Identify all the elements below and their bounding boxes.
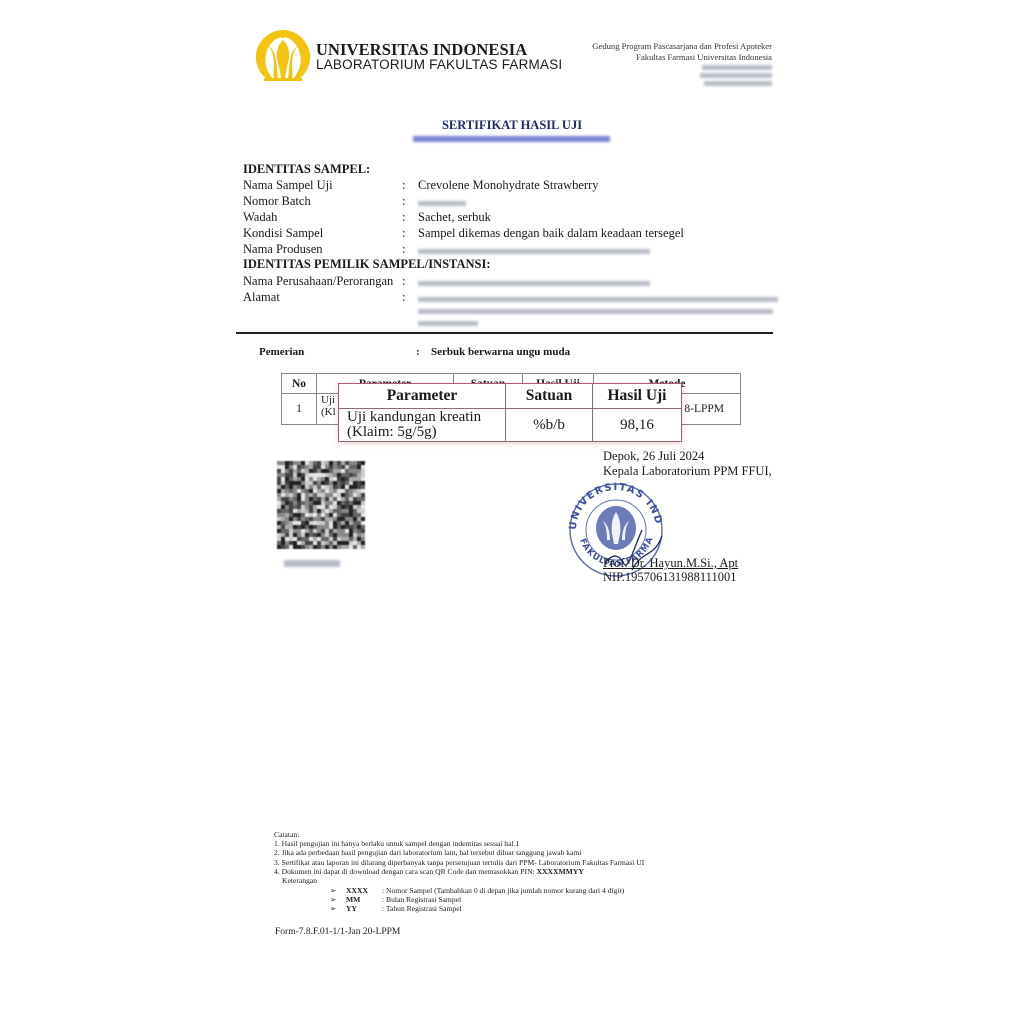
batch-number-label: Nomor Batch [243, 194, 311, 209]
note-item-4-text: 4. Dokumen ini dapat di download dengan … [274, 867, 537, 876]
colon: : [402, 226, 405, 241]
signer-title: Kepala Laboratorium PPM FFUI, [603, 464, 772, 479]
pemerian-value: Serbuk berwarna ungu muda [431, 346, 570, 358]
note-item-2: 2. Jika ada perbedaan hasil pengujian da… [274, 848, 644, 857]
address-redacted-2 [700, 73, 772, 78]
form-code: Form-7.8.F.01-1/1-Jan 20-LPPM [275, 927, 400, 937]
sample-condition-label: Kondisi Sampel [243, 226, 323, 241]
cell-no: 1 [282, 394, 317, 425]
producer-redacted [418, 249, 650, 254]
highlighted-result-overlay: Parameter Satuan Hasil Uji Uji kandungan… [338, 383, 682, 442]
overlay-header-parameter: Parameter [339, 384, 506, 409]
qr-code-icon [277, 461, 365, 549]
colon: : [402, 178, 405, 193]
table-row: Uji kandungan kreatin (Klaim: 5g/5g) %b/… [339, 409, 681, 442]
keterangan-key: MM [346, 895, 382, 904]
keterangan-key: YY [346, 904, 382, 913]
overlay-cell-hasil-uji: 98,16 [593, 409, 682, 442]
keterangan-list: ➢XXXX: Nomor Sampel (Tambahkan 0 di depa… [330, 886, 624, 914]
colon: : [402, 274, 405, 289]
overlay-header-satuan: Satuan [506, 384, 593, 409]
certificate-number-redacted [413, 136, 610, 142]
note-item-4: 4. Dokumen ini dapat di download dengan … [274, 867, 644, 876]
keterangan-desc: : Tahun Registrasi Sampel [382, 904, 462, 913]
address-label: Alamat [243, 290, 280, 305]
address-redacted-line-2 [418, 309, 773, 314]
sample-identity-heading: IDENTITAS SAMPEL: [243, 162, 370, 177]
notes-block: Catatan: 1. Hasil pengujian ini hanya be… [274, 830, 644, 885]
keterangan-item: ➢XXXX: Nomor Sampel (Tambahkan 0 di depa… [330, 886, 624, 895]
address-line-1: Gedung Program Pascasarjana dan Profesi … [592, 41, 772, 52]
owner-identity-heading: IDENTITAS PEMILIK SAMPEL/INSTANSI: [243, 257, 491, 272]
overlay-parameter-line-1: Uji kandungan kreatin [347, 409, 481, 425]
keterangan-item: ➢MM: Bulan Registrasi Sampel [330, 895, 624, 904]
section-divider [236, 332, 773, 334]
cell-parameter-line-2: (Kl [321, 406, 336, 418]
address-redacted-line-1 [418, 297, 778, 302]
sample-name-value: Crevolene Monohydrate Strawberry [418, 178, 599, 193]
keterangan-item: ➢YY: Tahun Registrasi Sampel [330, 904, 624, 913]
keterangan-key: XXXX [346, 886, 382, 895]
arrow-bullet-icon: ➢ [330, 886, 346, 895]
pemerian-label: Pemerian [259, 346, 304, 358]
keterangan-desc: : Bulan Registrasi Sampel [382, 895, 461, 904]
address-line-2: Fakultas Farmasi Universitas Indonesia [592, 52, 772, 63]
address-redacted-line-3 [418, 321, 478, 326]
certificate-title: SERTIFIKAT HASIL UJI [0, 118, 1024, 133]
sample-condition-value: Sampel dikemas dengan baik dalam keadaan… [418, 226, 684, 241]
highlighted-result-table: Parameter Satuan Hasil Uji Uji kandungan… [339, 384, 681, 441]
colon: : [402, 290, 405, 305]
laboratory-name: LABORATORIUM FAKULTAS FARMASI [316, 57, 562, 72]
overlay-header-hasil-uji: Hasil Uji [593, 384, 682, 409]
note-item-3: 3. Sertifikat atau laporan ini dilarang … [274, 858, 644, 867]
company-name-redacted [418, 281, 650, 286]
overlay-cell-parameter: Uji kandungan kreatin (Klaim: 5g/5g) [339, 409, 506, 442]
overlay-parameter-line-2: (Klaim: 5g/5g) [347, 424, 437, 440]
overlay-cell-satuan: %b/b [506, 409, 593, 442]
pin-format: XXXXMMYY [537, 867, 584, 876]
keterangan-label: Keterangan [274, 876, 644, 885]
container-value: Sachet, serbuk [418, 210, 491, 225]
sample-name-label: Nama Sampel Uji [243, 178, 333, 193]
address-redacted-3 [704, 81, 772, 86]
signer-name: Prof. Dr. Hayun.M.Si., Apt [603, 556, 738, 571]
university-logo-icon [252, 24, 314, 82]
arrow-bullet-icon: ➢ [330, 895, 346, 904]
address-redacted-1 [702, 65, 772, 70]
batch-number-redacted [418, 201, 466, 206]
keterangan-desc: : Nomor Sampel (Tambahkan 0 di depan jik… [382, 886, 624, 895]
colon: : [402, 242, 405, 257]
cell-parameter-line-1: Uji [321, 394, 335, 406]
colon: : [416, 346, 420, 358]
colon: : [402, 210, 405, 225]
company-name-label: Nama Perusahaan/Perorangan [243, 274, 393, 289]
note-item-1: 1. Hasil pengujian ini hanya berlaku unt… [274, 839, 644, 848]
header-no: No [282, 374, 317, 394]
notes-heading: Catatan: [274, 830, 644, 839]
arrow-bullet-icon: ➢ [330, 904, 346, 913]
colon: : [402, 194, 405, 209]
container-label: Wadah [243, 210, 277, 225]
address-block: Gedung Program Pascasarjana dan Profesi … [592, 41, 772, 86]
signer-nip: NIP.195706131988111001 [603, 570, 736, 585]
qr-code-label-redacted [284, 560, 340, 567]
place-date: Depok, 26 Juli 2024 [603, 449, 704, 464]
producer-label: Nama Produsen [243, 242, 323, 257]
